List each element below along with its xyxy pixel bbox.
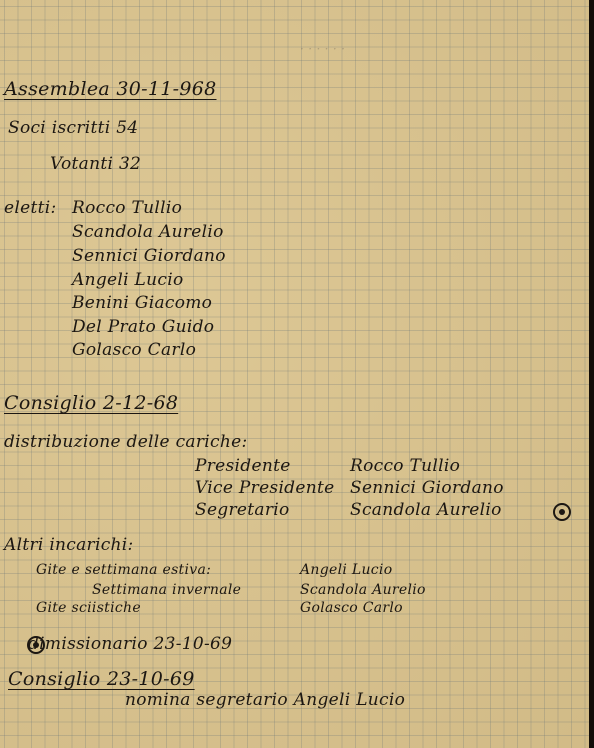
votanti: Votanti 32 [50, 154, 141, 174]
nomina-segretario: nomina segretario Angeli Lucio [125, 690, 405, 710]
page-edge [589, 0, 594, 748]
footnote-text: dimissionario 23-10-69 [28, 634, 232, 654]
soci-iscritti: Soci iscritti 54 [8, 118, 138, 138]
bleed-through-text: · · · · · · [300, 42, 345, 56]
carica-role: Vice Presidente [195, 478, 334, 498]
carica-name: Sennici Giordano [350, 478, 504, 498]
distribuzione-cariche: distribuzione delle cariche: [4, 432, 247, 452]
consiglio-2-heading: Consiglio 23-10-69 [8, 668, 195, 690]
incarico-role: Gite sciistiche [36, 600, 141, 616]
eletti-label: eletti: [4, 198, 57, 218]
eletto: Rocco Tullio [72, 198, 182, 218]
incarico-role: Settimana invernale [92, 582, 241, 598]
carica-role: Presidente [195, 456, 291, 476]
assemblea-heading: Assemblea 30-11-968 [4, 78, 217, 100]
eletto: Benini Giacomo [72, 293, 212, 313]
eletto: Angeli Lucio [72, 270, 183, 290]
eletto: Scandola Aurelio [72, 222, 224, 242]
incarico-name: Golasco Carlo [300, 600, 403, 616]
carica-name: Scandola Aurelio [350, 500, 502, 520]
incarico-name: Angeli Lucio [300, 562, 392, 578]
incarico-role: Gite e settimana estiva: [36, 562, 211, 578]
eletto: Del Prato Guido [72, 317, 214, 337]
footnote-marker-icon [553, 503, 571, 521]
carica-role: Segretario [195, 500, 290, 520]
carica-name: Rocco Tullio [350, 456, 460, 476]
consiglio-1-heading: Consiglio 2-12-68 [4, 392, 178, 414]
eletto: Sennici Giordano [72, 246, 226, 266]
notebook-page: · · · · · · Assemblea 30-11-968 Soci isc… [0, 0, 589, 748]
eletto: Golasco Carlo [72, 340, 196, 360]
incarico-name: Scandola Aurelio [300, 582, 426, 598]
altri-incarichi-label: Altri incarichi: [4, 535, 134, 555]
